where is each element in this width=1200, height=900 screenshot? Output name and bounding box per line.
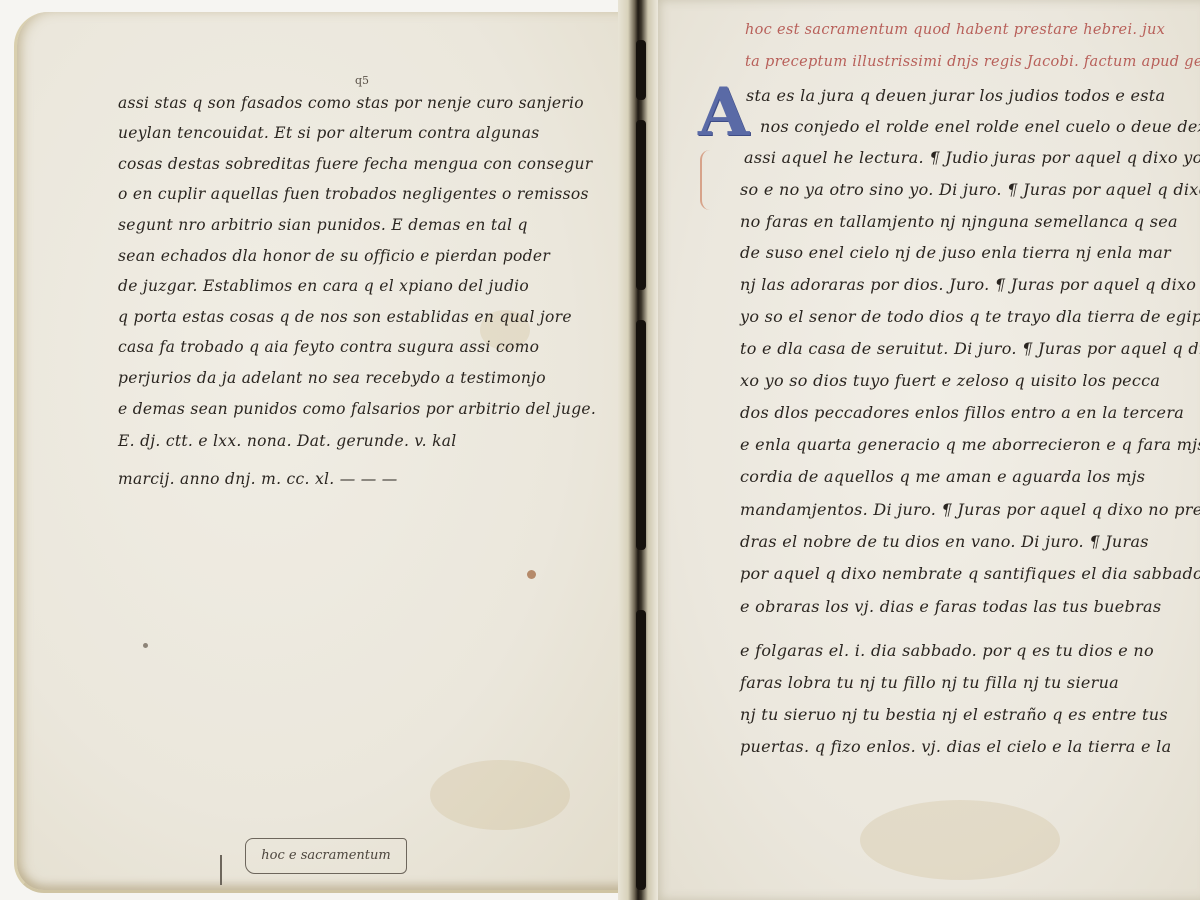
text-line: faras lobra tu nj tu fillo nj tu filla n…: [740, 673, 1119, 692]
spine-tear: [636, 610, 646, 890]
stain: [860, 800, 1060, 880]
ink-spot: [143, 643, 148, 648]
text-line: ueylan tencouidat. Et si por alterum con…: [118, 124, 540, 142]
text-line: e enla quarta generacio q me aborreciero…: [740, 435, 1200, 454]
text-line: no faras en tallamjento nj njnguna semel…: [740, 212, 1178, 231]
text-line: por aquel q dixo nembrate q santifiques …: [740, 564, 1200, 583]
spine-tear: [636, 120, 646, 290]
pencil-mark: [220, 855, 222, 885]
text-line: q porta estas cosas q de nos son establi…: [118, 308, 572, 326]
text-line: so e no ya otro sino yo. Di juro. ¶ Jura…: [740, 180, 1200, 199]
text-line: xo yo so dios tuyo fuert e zeloso q uisi…: [740, 371, 1160, 390]
text-line: perjurios da ja adelant no sea recebydo …: [118, 369, 546, 387]
text-line: marcij. anno dnj. m. cc. xl. — — —: [118, 470, 398, 488]
text-line: sean echados dla honor de su officio e p…: [118, 247, 550, 265]
text-line: assi aquel he lectura. ¶ Judio juras por…: [744, 148, 1200, 167]
text-line: nj las adoraras por dios. Juro. ¶ Juras …: [740, 275, 1196, 294]
stain: [430, 760, 570, 830]
text-line: e demas sean punidos como falsarios por …: [118, 400, 596, 418]
illuminated-initial: A: [698, 72, 742, 152]
text-line: de suso enel cielo nj de juso enla tierr…: [740, 243, 1171, 262]
rubric-line: ta preceptum illustrissimi dnjs regis Ja…: [745, 54, 1200, 70]
text-line: to e dla casa de seruitut. Di juro. ¶ Ju…: [740, 339, 1200, 358]
text-line: cosas destas sobreditas fuere fecha meng…: [118, 155, 592, 173]
text-line: yo so el senor de todo dios q te trayo d…: [740, 307, 1200, 326]
text-line: sta es la jura q deuen jurar los judios …: [746, 86, 1165, 105]
spine-tear: [636, 320, 646, 550]
text-line: e folgaras el. i. dia sabbado. por q es …: [740, 641, 1154, 660]
text-line: E. dj. ctt. e lxx. nona. Dat. gerunde. v…: [118, 432, 457, 450]
pencil-note: hoc e sacramentum: [245, 838, 407, 874]
text-line: dras el nobre de tu dios en vano. Di jur…: [740, 532, 1149, 551]
ink-spot: [527, 570, 536, 579]
text-line: casa fa trobado q aia feyto contra sugur…: [118, 338, 539, 356]
manuscript-photo: q5 assi stas q son fasados como stas por…: [0, 0, 1200, 900]
text-line: nj tu sieruo nj tu bestia nj el estraño …: [740, 705, 1168, 724]
text-line: e obraras los vj. dias e faras todas las…: [740, 597, 1161, 616]
text-line: segunt nro arbitrio sian punidos. E dema…: [118, 216, 528, 234]
text-line: puertas. q fizo enlos. vj. dias el cielo…: [740, 737, 1171, 756]
text-line: assi stas q son fasados como stas por ne…: [118, 94, 584, 112]
spine-tear: [636, 40, 646, 100]
left-page: [14, 12, 627, 893]
text-line: o en cuplir aquellas fuen trobados negli…: [118, 185, 589, 203]
text-line: de juzgar. Establimos en cara q el xpian…: [118, 277, 529, 295]
rubric-line: hoc est sacramentum quod habent prestare…: [745, 22, 1165, 38]
folio-mark: q5: [355, 74, 369, 87]
text-line: dos dlos peccadores enlos fillos entro a…: [740, 403, 1184, 422]
text-line: cordia de aquellos q me aman e aguarda l…: [740, 467, 1145, 486]
initial-flourish: [700, 150, 716, 210]
text-line: mandamjentos. Di juro. ¶ Juras por aquel…: [740, 500, 1200, 519]
text-line: nos conjedo el rolde enel rolde enel cue…: [760, 117, 1200, 136]
